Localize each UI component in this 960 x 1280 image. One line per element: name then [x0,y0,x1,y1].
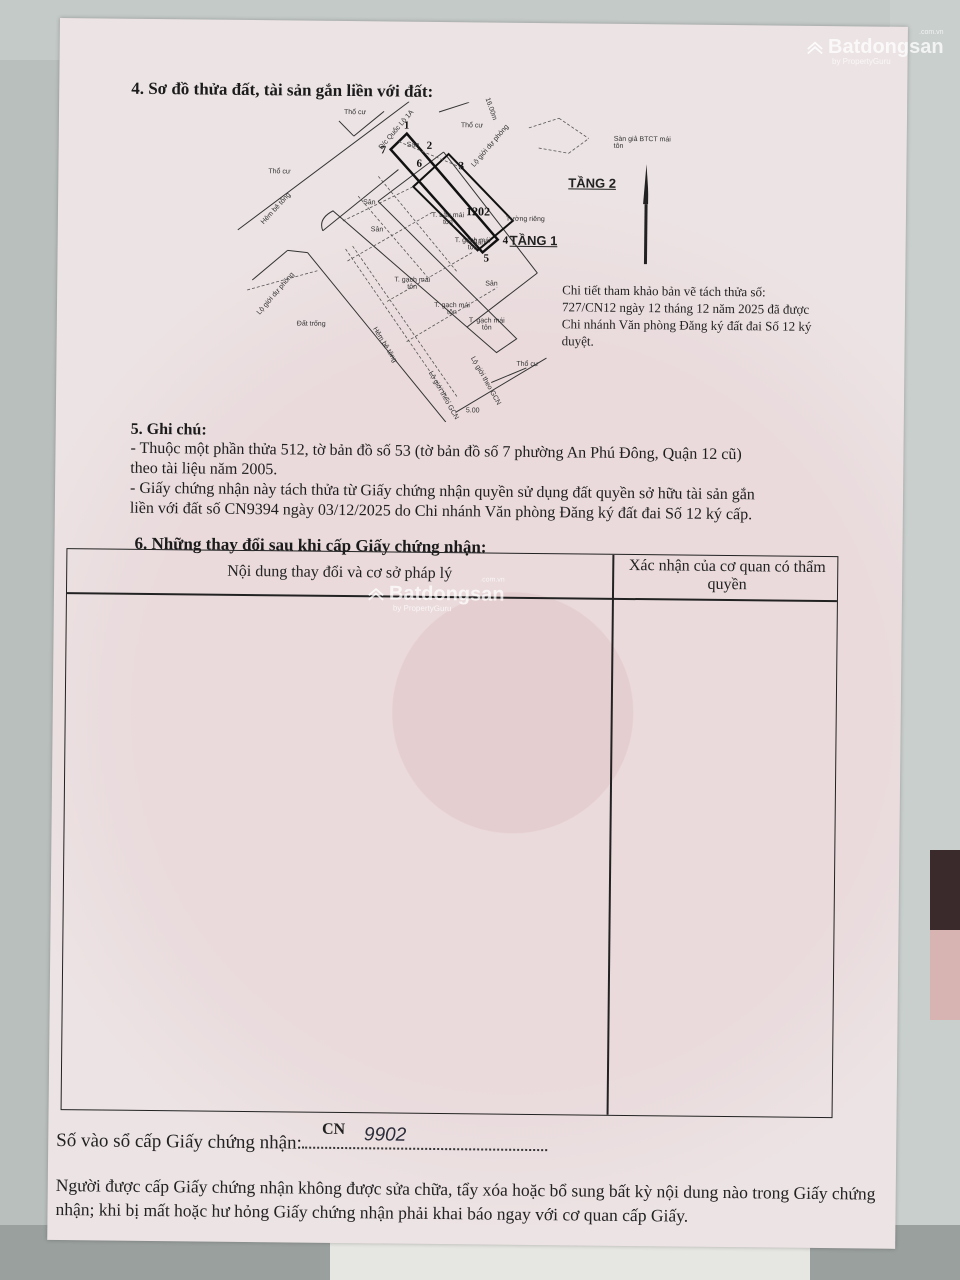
land-plot-diagram: Thổ cư Thổ cư Thổ cư Thổ cư Hẻm bê tông … [226,100,649,424]
table-column-divider [607,555,614,1115]
watermark-logo-icon [367,586,385,604]
certificate-page: 4. Sơ đồ thửa đất, tài sản gắn liền với … [47,18,908,1249]
background-object [930,850,960,930]
column-header-confirmation: Xác nhận của cơ quan có thẩm quyền [627,557,827,595]
point-7: 7 [381,144,387,156]
point-3: 3 [458,160,464,172]
changes-table: Nội dung thay đổi và cơ sở pháp lý Xác n… [61,548,839,1118]
registry-number-line: Số vào sổ cấp Giấy chứng nhận: CN 9902 [56,1130,547,1157]
map-label-san: Sân [363,199,376,206]
map-label-t-gach: T. gạch mái tôn [453,237,493,251]
map-label-t-gach: T. gạch mái tôn [467,317,507,331]
watermark: Batdongsan .com.vn by PropertyGuru [367,582,505,613]
map-label-t-gach: T. gạch mái tôn [432,302,472,316]
point-1: 1 [404,120,410,132]
registry-value: 9902 [364,1124,407,1146]
registry-field: CN 9902 [302,1133,547,1152]
map-label-tho-cu: Thổ cư [268,168,290,175]
map-label-tuong-rieng: Tường riêng [506,216,545,223]
map-label-san: Sân [407,142,420,149]
section-5-title: 5. Ghi chú: [131,421,207,440]
floor-2-label: TẦNG 2 [568,175,616,190]
map-label-tho-cu: Thổ cư [516,361,538,368]
certificate-warning: Người được cấp Giấy chứng nhận không đượ… [55,1173,875,1230]
map-label-dat-trong: Đất trống [297,320,326,327]
parcel-number: 1202 [466,204,490,219]
column-header-changes: Nội dung thay đổi và cơ sở pháp lý [67,561,612,585]
map-label-t-lau: T. Lầu mái tôn [428,212,468,226]
floor-1-label: TẦNG 1 [510,233,558,248]
point-6: 6 [416,158,422,170]
registry-prefix: CN [322,1121,345,1139]
background-object [930,930,960,1020]
plot-drawing [226,100,649,424]
map-label-san: Sân [485,280,498,287]
point-5: 5 [483,252,489,264]
map-label-tho-cu: Thổ cư [344,109,366,116]
map-label-tho-cu: Thổ cư [461,122,483,129]
section-5-notes: - Thuộc một phần thửa 512, tờ bản đồ số … [130,439,891,527]
section-4-title: 4. Sơ đồ thửa đất, tài sản gắn liền với … [131,79,433,102]
map-label-t-gach: T. gạch mái tôn [392,276,432,290]
point-2: 2 [427,140,433,152]
map-label-san: Sân [371,226,384,233]
watermark-corner: Batdongsan .com.vn by PropertyGuru [806,36,944,66]
map-label-san-gia-btct: Sàn giả BTCT mái tôn [614,136,674,151]
point-4: 4 [503,235,509,247]
map-label-width: 5.00 [466,407,480,414]
watermark-logo-icon [806,40,824,58]
map-reference-note: Chi tiết tham khảo bản vẽ tách thửa số: … [562,281,813,352]
registry-label: Số vào sổ cấp Giấy chứng nhận: [56,1130,302,1154]
